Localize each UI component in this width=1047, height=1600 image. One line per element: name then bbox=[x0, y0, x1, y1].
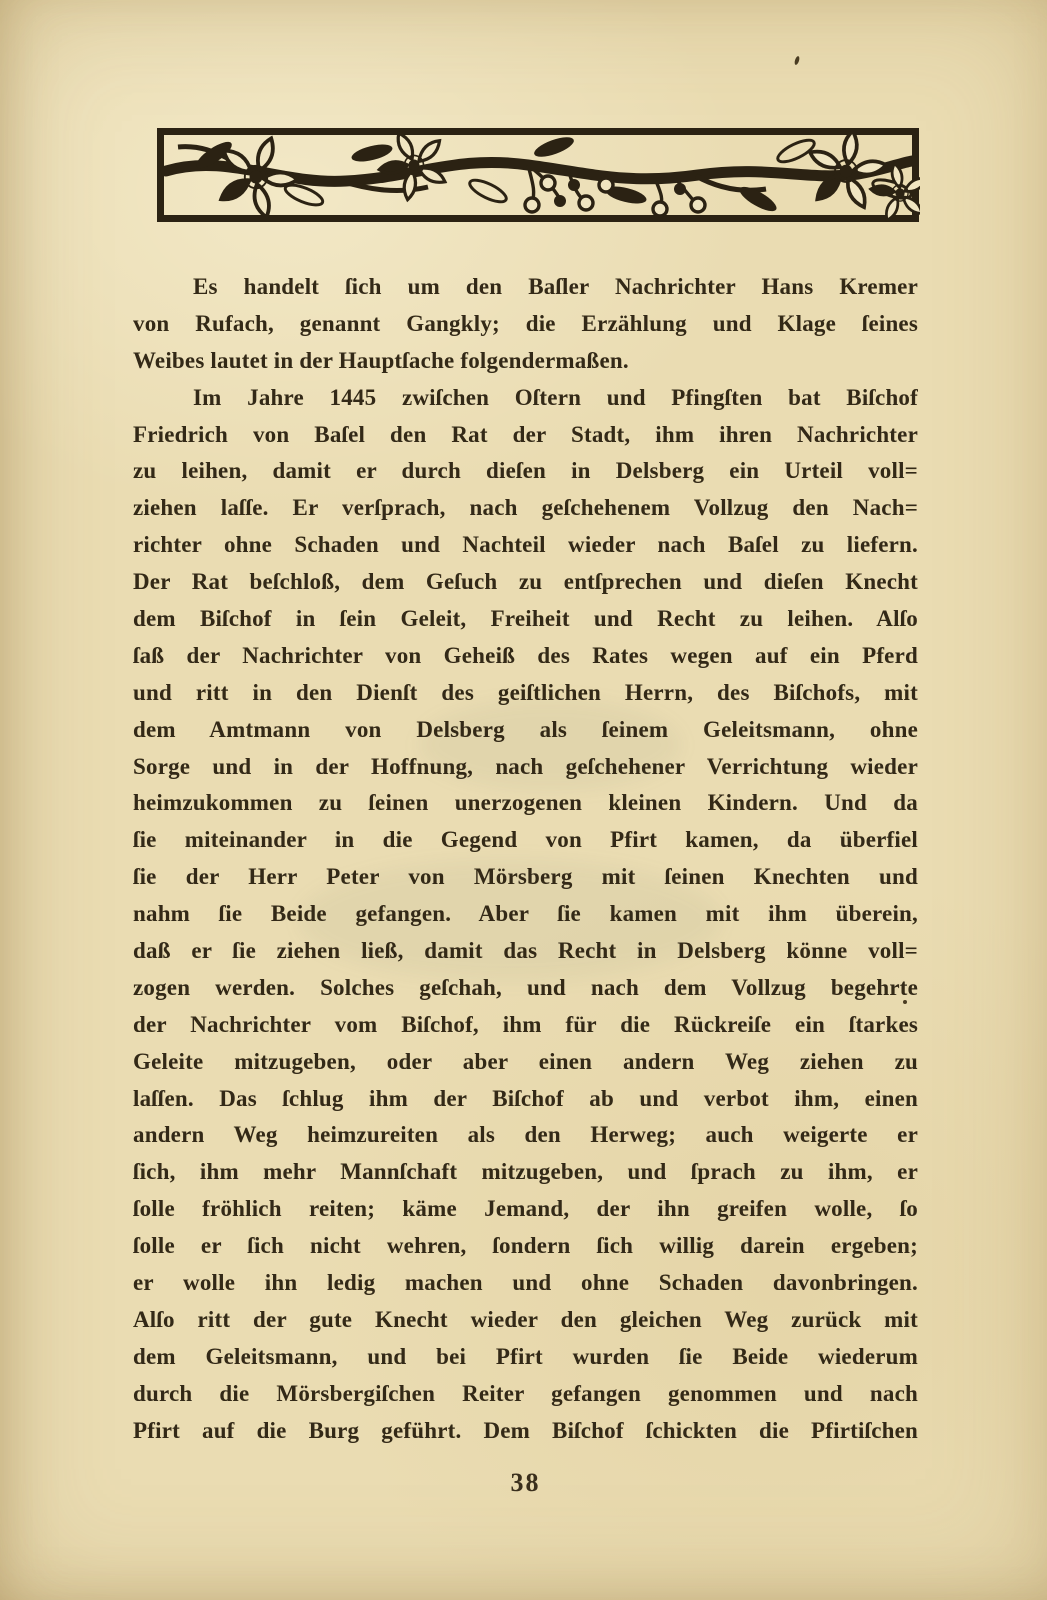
book-page: Es handelt ſich um den Baſler Nachrichte… bbox=[0, 0, 1047, 1600]
text-line: laſſen. Das ſchlug ihm der Biſchof ab un… bbox=[133, 1081, 918, 1118]
text-line: ſolle fröhlich reiten; käme Jemand, der … bbox=[133, 1191, 918, 1228]
text-line: heimzukommen zu ſeinen unerzogenen klein… bbox=[133, 785, 918, 822]
text-line: ſich, ihm mehr Mannſchaft mitzugeben, un… bbox=[133, 1154, 918, 1191]
text-line: ziehen laſſe. Er verſprach, nach geſcheh… bbox=[133, 490, 918, 527]
text-line: Pfirt auf die Burg geführt. Dem Biſchof … bbox=[133, 1413, 918, 1450]
text-line: zogen werden. Solches geſchah, und nach … bbox=[133, 970, 918, 1007]
text-line: dem Geleitsmann, und bei Pfirt wurden ſi… bbox=[133, 1339, 918, 1376]
text-line: Im Jahre 1445 zwiſchen Oſtern und Pfingſ… bbox=[133, 380, 918, 417]
floral-ornament-svg bbox=[156, 127, 920, 223]
text-line: nahm ſie Beide gefangen. Aber ſie kamen … bbox=[133, 896, 918, 933]
text-line: durch die Mörsbergiſchen Reiter gefangen… bbox=[133, 1376, 918, 1413]
text-line: Der Rat beſchloß, dem Geſuch zu entſprec… bbox=[133, 564, 918, 601]
text-line: von Rufach, genannt Gangkly; die Erzählu… bbox=[133, 306, 918, 343]
text-line: und ritt in den Dienſt des geiſtlichen H… bbox=[133, 675, 918, 712]
text-line: richter ohne Schaden und Nachteil wieder… bbox=[133, 527, 918, 564]
floral-ornament bbox=[156, 127, 920, 223]
text-line: ſie miteinander in die Gegend von Pfirt … bbox=[133, 822, 918, 859]
text-line: Sorge und in der Hoffnung, nach geſchehe… bbox=[133, 749, 918, 786]
text-line: Weibes lautet in der Hauptſache folgende… bbox=[133, 343, 918, 380]
text-line: ſaß der Nachrichter von Geheiß des Rates… bbox=[133, 638, 918, 675]
ink-speck bbox=[794, 56, 801, 66]
text-line: Alſo ritt der gute Knecht wieder den gle… bbox=[133, 1302, 918, 1339]
text-line: er wolle ihn ledig machen und ohne Schad… bbox=[133, 1265, 918, 1302]
text-line: der Nachrichter vom Biſchof, ihm für die… bbox=[133, 1007, 918, 1044]
text-line: Es handelt ſich um den Baſler Nachrichte… bbox=[133, 269, 918, 306]
text-line: dem Amtmann von Delsberg als ſeinem Gele… bbox=[133, 712, 918, 749]
text-line: dem Biſchof in ſein Geleit, Freiheit und… bbox=[133, 601, 918, 638]
text-line: ſie der Herr Peter von Mörsberg mit ſein… bbox=[133, 859, 918, 896]
ink-speck bbox=[903, 1000, 907, 1004]
text-line: ſolle er ſich nicht wehren, ſondern ſich… bbox=[133, 1228, 918, 1265]
text-line: daß er ſie ziehen ließ, damit das Recht … bbox=[133, 933, 918, 970]
text-block: Es handelt ſich um den Baſler Nachrichte… bbox=[133, 269, 918, 1450]
page-number: 38 bbox=[133, 1468, 918, 1498]
text-line: Geleite mitzugeben, oder aber einen ande… bbox=[133, 1044, 918, 1081]
text-line: zu leihen, damit er durch dieſen in Dels… bbox=[133, 453, 918, 490]
text-line: andern Weg heimzureiten als den Herweg; … bbox=[133, 1117, 918, 1154]
text-line: Friedrich von Baſel den Rat der Stadt, i… bbox=[133, 417, 918, 454]
